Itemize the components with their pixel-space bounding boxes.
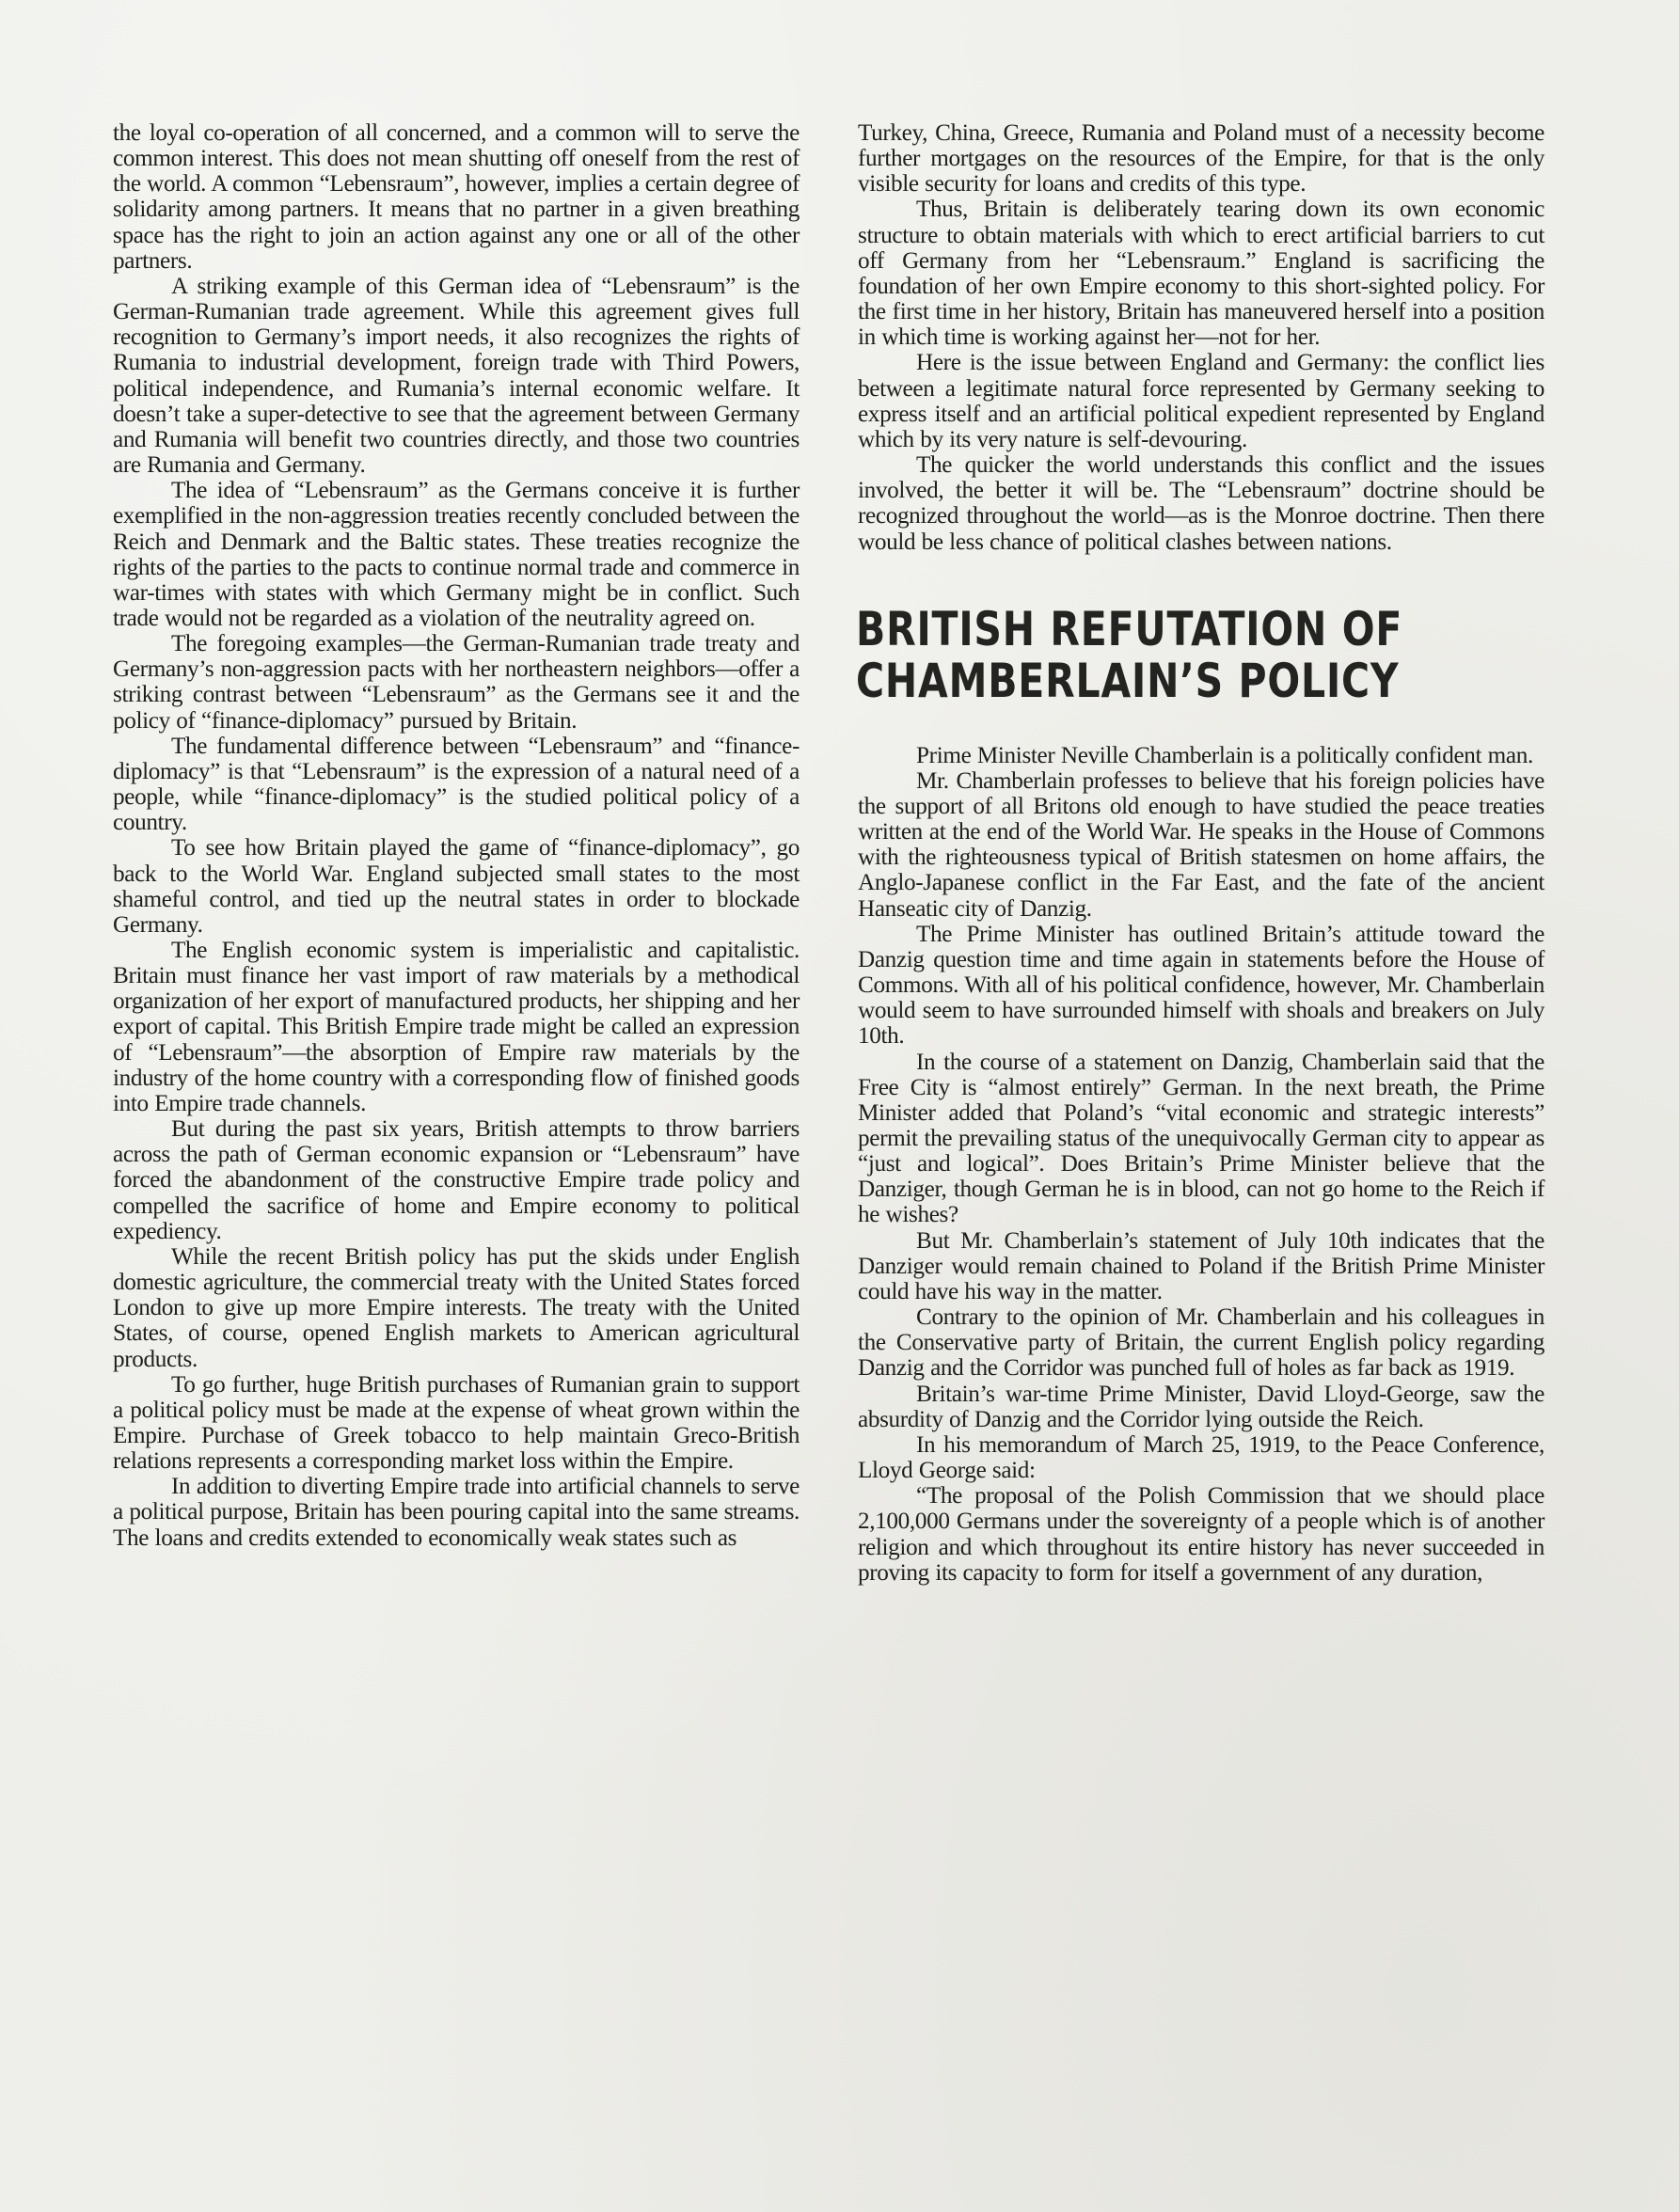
paragraph: Prime Minister Neville Chamberlain is a … bbox=[858, 743, 1544, 768]
paragraph: The Prime Minister has outlined Britain’… bbox=[858, 922, 1544, 1050]
paragraph: “The proposal of the Polish Commission t… bbox=[858, 1483, 1544, 1586]
paragraph: The English economic system is imperiali… bbox=[113, 938, 800, 1116]
section-heading: BRITISH REFUTATION OF CHAMBERLAIN’S POLI… bbox=[856, 604, 1420, 707]
paragraph: In the course of a statement on Danzig, … bbox=[858, 1050, 1544, 1228]
paragraph: the loyal co-operation of all concerned,… bbox=[113, 120, 800, 274]
paragraph: Britain’s war-time Prime Minister, David… bbox=[858, 1382, 1544, 1432]
paragraph: In addition to diverting Empire trade in… bbox=[113, 1474, 800, 1550]
paragraph: But during the past six years, British a… bbox=[113, 1116, 800, 1244]
left-column: the loyal co-operation of all concerned,… bbox=[113, 120, 800, 1551]
right-column: Turkey, China, Greece, Rumania and Polan… bbox=[858, 120, 1544, 1586]
paragraph: Here is the issue between England and Ge… bbox=[858, 350, 1544, 452]
paragraph: The quicker the world understands this c… bbox=[858, 452, 1544, 555]
paragraph: A striking example of this German idea o… bbox=[113, 274, 800, 478]
section-heading-line-2: CHAMBERLAIN’S POLICY bbox=[856, 656, 1420, 707]
paragraph: The foregoing examples—the German-Rumani… bbox=[113, 631, 800, 734]
paragraph: Mr. Chamberlain professes to believe tha… bbox=[858, 768, 1544, 922]
paragraph: Contrary to the opinion of Mr. Chamberla… bbox=[858, 1304, 1544, 1381]
paragraph: Turkey, China, Greece, Rumania and Polan… bbox=[858, 120, 1544, 197]
section-heading-line-1: BRITISH REFUTATION OF bbox=[856, 604, 1420, 656]
paragraph: The idea of “Lebensraum” as the Germans … bbox=[113, 478, 800, 631]
paragraph: To see how Britain played the game of “f… bbox=[113, 835, 800, 938]
paragraph: To go further, huge British purchases of… bbox=[113, 1372, 800, 1475]
paragraph: While the recent British policy has put … bbox=[113, 1244, 800, 1372]
paragraph: Thus, Britain is deliberately tearing do… bbox=[858, 197, 1544, 350]
paragraph: In his memorandum of March 25, 1919, to … bbox=[858, 1432, 1544, 1483]
paragraph: The fundamental difference between “Lebe… bbox=[113, 734, 800, 836]
paragraph: But Mr. Chamberlain’s statement of July … bbox=[858, 1228, 1544, 1304]
document-page: the loyal co-operation of all concerned,… bbox=[0, 0, 1679, 2212]
